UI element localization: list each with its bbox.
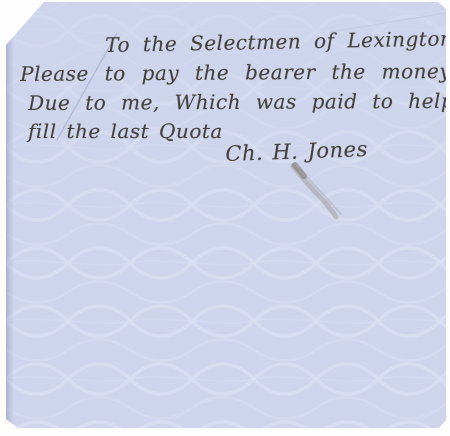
note-line-3: Due to me, Which was paid to help — [28, 89, 450, 115]
paper-left-edge-shadow — [6, 2, 16, 428]
note-line-2: Please to pay the bearer the moneys — [20, 59, 450, 86]
note-paper: To the Selectmen of Lexington Please to … — [6, 2, 446, 428]
scanned-document: To the Selectmen of Lexington Please to … — [0, 0, 450, 436]
signature: Ch. H. Jones — [225, 137, 368, 166]
note-line-4: fill the last Quota — [28, 119, 223, 143]
